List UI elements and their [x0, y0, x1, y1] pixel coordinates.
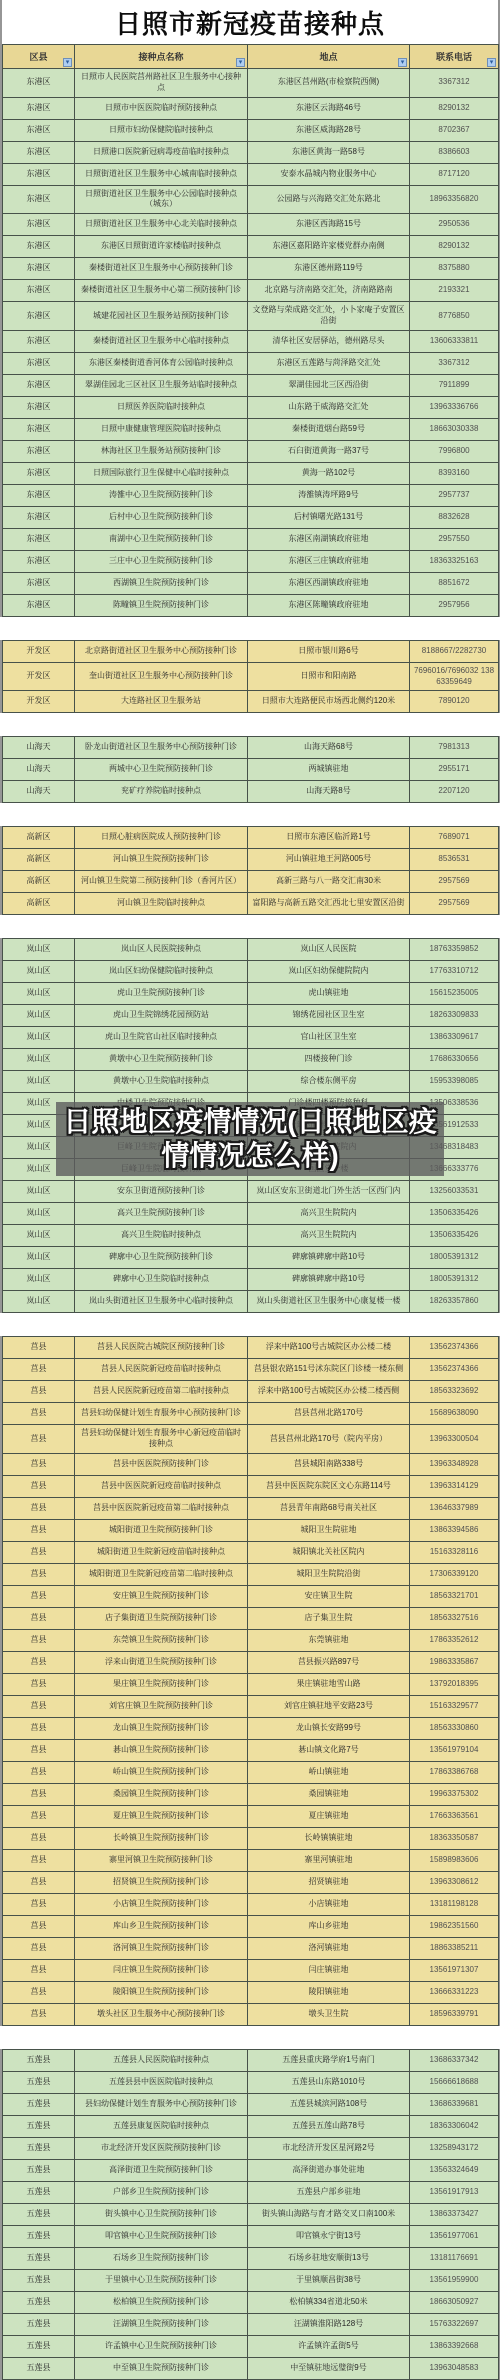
site-name-cell: 日照港口医院新冠病毒疫苗临时接种点	[75, 141, 248, 163]
table-row: 五莲县于里镇中心卫生院预防接种门诊于里镇顺昌街38号13561959900	[3, 2269, 499, 2291]
table-row: 东港区东港区秦楼街道香河体育公园临时接种点东港区五莲路与菏泽路交汇处336731…	[3, 352, 499, 374]
site-name-cell: 黄墩中心卫生院预防接种门诊	[75, 1049, 248, 1071]
phone-cell: 13963314129	[410, 1475, 499, 1497]
table-row: 东港区秦楼街道社区卫生服务中心临时接种点清华社区安居驿站，德州路尽头136063…	[3, 330, 499, 352]
table-row: 莒县城阳街道卫生院新冠疫苗第二临时接种点城阳卫生院院沿街17306339120	[3, 1563, 499, 1585]
address-cell: 五莲县重庆路学府1号南门	[248, 2049, 410, 2071]
district-cell: 五莲县	[3, 2291, 75, 2313]
header-phone: 联系电话▾	[410, 45, 499, 69]
district-cell: 东港区	[3, 506, 75, 528]
site-name-cell: 五莲县康复医院临时接种点	[75, 2115, 248, 2137]
phone-cell: 18563321701	[410, 1585, 499, 1607]
site-name-cell: 日照街道社区卫生服务中心城南临时接种点	[75, 163, 248, 185]
phone-cell: 7981313	[410, 737, 499, 759]
district-cell: 莒县	[3, 1673, 75, 1695]
site-name-cell: 后村中心卫生院预防接种门诊	[75, 506, 248, 528]
phone-cell: 13863394586	[410, 1519, 499, 1541]
district-cell: 莒县	[3, 1563, 75, 1585]
site-name-cell: 库山乡卫生院预防接种门诊	[75, 1915, 248, 1937]
district-cell: 开发区	[3, 662, 75, 691]
address-cell: 日照市东港区临沂路1号	[248, 827, 410, 849]
district-cell: 岚山区	[3, 1291, 75, 1313]
phone-cell: 13646337989	[410, 1497, 499, 1519]
table-row: 莒县安庄镇卫生院预防接种门诊安庄镇卫生院18563321701	[3, 1585, 499, 1607]
table-row: 东港区日照街道社区卫生服务中心城南临时接种点安泰水晶城内物业服务中心871712…	[3, 163, 499, 185]
table-row: 莒县莒县人民医院新冠疫苗第二临时接种点浮来中路100号古城院区办公楼二楼西侧18…	[3, 1381, 499, 1403]
site-name-cell: 东莞镇卫生院预防接种门诊	[75, 1629, 248, 1651]
phone-cell: 13963048583	[410, 2357, 499, 2379]
table-row: 莒县夏庄镇卫生院预防接种门诊夏庄镇驻地17663363561	[3, 1805, 499, 1827]
phone-cell: 8832628	[410, 506, 499, 528]
table-row: 岚山区碑廓中心卫生院预防接种门诊碑廓镇碑廓中路10号18005391312	[3, 1247, 499, 1269]
site-name-cell: 于里镇中心卫生院预防接种门诊	[75, 2269, 248, 2291]
phone-cell: 18563330860	[410, 1717, 499, 1739]
address-cell: 莒县中医医院东院区文心东路114号	[248, 1475, 410, 1497]
address-cell: 山东路于威海路交汇处	[248, 396, 410, 418]
phone-cell: 8702367	[410, 119, 499, 141]
header-label: 接种点名称	[138, 52, 183, 62]
page: 日照市新冠疫苗接种点 区县▾接种点名称▾地点▾联系电话▾东港区日照市人民医院莒州…	[0, 0, 500, 2380]
address-cell: 文登路与荣成路交汇处，小卜家庵子安置区沿街	[248, 302, 410, 331]
section-separator	[0, 617, 500, 640]
site-name-cell: 兖矿疗养院临时接种点	[75, 781, 248, 803]
district-cell: 东港区	[3, 141, 75, 163]
site-name-cell: 奎山街道社区卫生服务中心预防接种门诊	[75, 662, 248, 691]
table-row: 五莲县松柏镇卫生院预防接种门诊松柏镇334省道北50米18663050927	[3, 2291, 499, 2313]
site-name-cell: 日照市妇幼保健院临时接种点	[75, 119, 248, 141]
phone-cell: 13563324649	[410, 2159, 499, 2181]
site-name-cell: 三庄中心卫生院预防接种门诊	[75, 550, 248, 572]
district-cell: 莒县	[3, 1937, 75, 1959]
phone-cell: 13863392668	[410, 2335, 499, 2357]
table-row: 东港区城建花园社区卫生服务站预防接种门诊文登路与荣成路交汇处，小卜家庵子安置区沿…	[3, 302, 499, 331]
table-row: 莒县峤山镇卫生院预防接种门诊峤山镇驻地17863386768	[3, 1761, 499, 1783]
site-name-cell: 街头镇中心卫生院预防接种门诊	[75, 2203, 248, 2225]
filter-dropdown-icon[interactable]: ▾	[398, 58, 407, 67]
address-cell: 刘官庄镇驻地平安路23号	[248, 1695, 410, 1717]
header-site-name: 接种点名称▾	[75, 45, 248, 69]
address-cell: 东港区黄海一路58号	[248, 141, 410, 163]
phone-cell: 18596339791	[410, 2003, 499, 2025]
phone-cell: 18363306042	[410, 2115, 499, 2137]
phone-cell: 13506335426	[410, 1225, 499, 1247]
table-row: 莒县城阳街道卫生院预防接种门诊城阳卫生院驻地13863394586	[3, 1519, 499, 1541]
site-name-cell: 叩官镇中心卫生院预防接种门诊	[75, 2225, 248, 2247]
table-stack: 区县▾接种点名称▾地点▾联系电话▾东港区日照市人民医院莒州路社区卫生服务中心接种…	[0, 44, 500, 2380]
table-row: 莒县龙山镇卫生院预防接种门诊龙山镇长安路99号18563330860	[3, 1717, 499, 1739]
header-address: 地点▾	[248, 45, 410, 69]
table-row: 五莲县街头镇中心卫生院预防接种门诊街头镇山海路与育才路交叉口南100米13863…	[3, 2203, 499, 2225]
phone-cell: 18263309833	[410, 1005, 499, 1027]
site-name-cell: 长岭镇卫生院预防接种门诊	[75, 1827, 248, 1849]
phone-cell: 15163328116	[410, 1541, 499, 1563]
address-cell: 后村镇曙光路131号	[248, 506, 410, 528]
address-cell: 岚山区人民医院	[248, 939, 410, 961]
district-cell: 高新区	[3, 871, 75, 893]
district-cell: 莒县	[3, 1805, 75, 1827]
phone-cell: 15163329577	[410, 1695, 499, 1717]
header-row: 区县▾接种点名称▾地点▾联系电话▾	[3, 45, 499, 69]
phone-cell: 18363350587	[410, 1827, 499, 1849]
site-name-cell: 安庄镇卫生院预防接种门诊	[75, 1585, 248, 1607]
address-cell: 碑廓镇碑廓中路10号	[248, 1269, 410, 1291]
page-title: 日照市新冠疫苗接种点	[115, 4, 385, 41]
address-cell: 中至镇驻地远璧街9号	[248, 2357, 410, 2379]
table-row: 开发区奎山街道社区卫生服务中心预防接种门诊日照市和阳南路7696016/7696…	[3, 662, 499, 691]
phone-cell: 13561971307	[410, 1959, 499, 1981]
table-row: 开发区大连路社区卫生服务站日照市大连路便民市场西北侧约120米7890120	[3, 691, 499, 713]
address-cell: 五莲县户部乡驻地	[248, 2181, 410, 2203]
table-row: 山海天两城中心卫生院预防接种门诊两城镇驻地2955171	[3, 759, 499, 781]
district-cell: 东港区	[3, 185, 75, 214]
phone-cell: 13963336766	[410, 396, 499, 418]
phone-cell: 13562374366	[410, 1337, 499, 1359]
phone-cell: 8188667/2282730	[410, 640, 499, 662]
district-cell: 东港区	[3, 302, 75, 331]
district-cell: 东港区	[3, 119, 75, 141]
district-cell: 莒县	[3, 1381, 75, 1403]
header-label: 地点	[319, 52, 337, 62]
phone-cell: 19862351560	[410, 1915, 499, 1937]
phone-cell: 2957737	[410, 484, 499, 506]
table-row: 东港区日照市妇幼保健院临时接种点东港区威海路28号8702367	[3, 119, 499, 141]
address-cell: 五莲县五莲山路78号	[248, 2115, 410, 2137]
phone-cell: 15615235005	[410, 983, 499, 1005]
site-name-cell: 刘官庄镇卫生院预防接种门诊	[75, 1695, 248, 1717]
phone-cell: 13792018395	[410, 1673, 499, 1695]
address-cell: 东港区陈疃镇政府驻地	[248, 594, 410, 616]
site-name-cell: 秦楼街道社区卫生服务中心临时接种点	[75, 330, 248, 352]
vaccination-table-section: 开发区北京路街道社区卫生服务中心预防接种门诊日照市银川路6号8188667/22…	[2, 640, 499, 714]
phone-cell: 7996800	[410, 440, 499, 462]
site-name-cell: 日照街道社区卫生服务中心公园临时接种点（城东）	[75, 185, 248, 214]
phone-cell: 18005391312	[410, 1269, 499, 1291]
address-cell: 东港区西湖镇政府驻地	[248, 572, 410, 594]
site-name-cell: 碑廓中心卫生院临时接种点	[75, 1269, 248, 1291]
site-name-cell: 陵阳镇卫生院预防接种门诊	[75, 1981, 248, 2003]
table-row: 莒县莒县中医医院新冠疫苗第二临时接种点莒县青年南路68号南关社区13646337…	[3, 1497, 499, 1519]
site-name-cell: 莒县人民医院新冠疫苗临时接种点	[75, 1359, 248, 1381]
watermark-overlay: 日照地区疫情情况(日照地区疫情情况怎么样)	[56, 1102, 444, 1176]
table-row: 莒县招贤镇卫生院预防接种门诊招贤镇驻地13963308612	[3, 1871, 499, 1893]
table-row: 莒县店子集街道卫生院预防接种门诊店子集卫生院18563327516	[3, 1607, 499, 1629]
phone-cell: 8290132	[410, 236, 499, 258]
table-row: 岚山区黄墩中心卫生院临时接种点综合楼东侧平房15953398085	[3, 1071, 499, 1093]
filter-dropdown-icon[interactable]: ▾	[63, 58, 72, 67]
district-cell: 莒县	[3, 1959, 75, 1981]
site-name-cell: 店子集街道卫生院预防接种门诊	[75, 1607, 248, 1629]
site-name-cell: 南湖中心卫生院预防接种门诊	[75, 528, 248, 550]
site-name-cell: 日照市人民医院莒州路社区卫生服务中心接种点	[75, 69, 248, 98]
section-separator	[0, 915, 500, 938]
phone-cell: 18363325163	[410, 550, 499, 572]
district-cell: 东港区	[3, 352, 75, 374]
address-cell: 山海天路68号	[248, 737, 410, 759]
table-row: 东港区陈疃镇卫生院预防接种门诊东港区陈疃镇政府驻地2957956	[3, 594, 499, 616]
address-cell: 翠湖佳园北三区西沿街	[248, 374, 410, 396]
table-row: 东港区林海社区卫生服务站预防接种门诊石臼街道黄海一路37号7996800	[3, 440, 499, 462]
site-name-cell: 涛雒中心卫生院预防接种门诊	[75, 484, 248, 506]
table-row: 五莲县高泽街道卫生院预防接种门诊高泽街道办事处驻地13563324649	[3, 2159, 499, 2181]
phone-cell: 13963348928	[410, 1453, 499, 1475]
phone-cell: 13686337342	[410, 2049, 499, 2071]
filter-dropdown-icon[interactable]: ▾	[236, 58, 245, 67]
district-cell: 东港区	[3, 97, 75, 119]
table-row: 山海天兖矿疗养院临时接种点山海天路8号2207120	[3, 781, 499, 803]
district-cell: 岚山区	[3, 1181, 75, 1203]
phone-cell: 8375880	[410, 258, 499, 280]
site-name-cell: 浮来山街道卫生院预防接种门诊	[75, 1651, 248, 1673]
table-row: 岚山区岚山区妇幼保健院临时接种点岚山区妇幼保健院院内17763310712	[3, 961, 499, 983]
table-row: 岚山区岚山头街道社区卫生服务中心临时接种点岚山头街道社区卫生服务中心康复楼一楼1…	[3, 1291, 499, 1313]
section-separator	[0, 1313, 500, 1336]
site-name-cell: 陈疃镇卫生院预防接种门诊	[75, 594, 248, 616]
site-name-cell: 松柏镇卫生院预防接种门诊	[75, 2291, 248, 2313]
phone-cell: 17663363561	[410, 1805, 499, 1827]
table-row: 山海天卧龙山街道社区卫生服务中心预防接种门诊山海天路68号7981313	[3, 737, 499, 759]
district-cell: 山海天	[3, 781, 75, 803]
site-name-cell: 五莲县县中医医院临时接种点	[75, 2071, 248, 2093]
district-cell: 五莲县	[3, 2335, 75, 2357]
district-cell: 东港区	[3, 236, 75, 258]
phone-cell: 2957956	[410, 594, 499, 616]
district-cell: 东港区	[3, 594, 75, 616]
address-cell: 岚山区妇幼保健院院内	[248, 961, 410, 983]
phone-cell: 2950536	[410, 214, 499, 236]
phone-cell: 19963375302	[410, 1783, 499, 1805]
table-row: 莒县果庄镇卫生院预防接种门诊果庄镇驻地雪山路13792018395	[3, 1673, 499, 1695]
table-row: 莒县墩头社区卫生服务中心预防接种门诊墩头卫生院18596339791	[3, 2003, 499, 2025]
table-row: 莒县东莞镇卫生院预防接种门诊东莞镇驻地17863352612	[3, 1629, 499, 1651]
address-cell: 综合楼东侧平房	[248, 1071, 410, 1093]
phone-cell: 8393160	[410, 462, 499, 484]
table-row: 东港区日照国际旅行卫生保健中心临时接种点黄海一路102号8393160	[3, 462, 499, 484]
district-cell: 莒县	[3, 1629, 75, 1651]
address-cell: 锦绣花园社区卫生室	[248, 1005, 410, 1027]
address-cell: 涛雒镇涛坪路9号	[248, 484, 410, 506]
district-cell: 五莲县	[3, 2357, 75, 2379]
address-cell: 五莲县城滨河路108号	[248, 2093, 410, 2115]
site-name-cell: 安东卫街道预防接种门诊	[75, 1181, 248, 1203]
phone-cell: 13863373427	[410, 2203, 499, 2225]
address-cell: 招贤镇驻地	[248, 1871, 410, 1893]
phone-cell: 13181176691	[410, 2247, 499, 2269]
table-row: 五莲县汪湖镇卫生院预防接种门诊汪湖镇淮阳路128号15763322697	[3, 2313, 499, 2335]
site-name-cell: 城阳街道卫生院新冠疫苗临时接种点	[75, 1541, 248, 1563]
address-cell: 市北经济开发区星河路2号	[248, 2137, 410, 2159]
address-cell: 山海天路8号	[248, 781, 410, 803]
address-cell: 北京路与济南路交汇处，济南路路南	[248, 280, 410, 302]
table-row: 莒县城阳街道卫生院新冠疫苗临时接种点城阳镇北关社区院内15163328116	[3, 1541, 499, 1563]
phone-cell: 2957550	[410, 528, 499, 550]
phone-cell: 13506335426	[410, 1203, 499, 1225]
site-name-cell: 秦楼街道社区卫生服务中心第二预防接种门诊	[75, 280, 248, 302]
address-cell: 陵阳镇驻地	[248, 1981, 410, 2003]
table-row: 东港区涛雒中心卫生院预防接种门诊涛雒镇涛坪路9号2957737	[3, 484, 499, 506]
site-name-cell: 秦楼街道社区卫生服务中心预防接种门诊	[75, 258, 248, 280]
site-name-cell: 林海社区卫生服务站预防接种门诊	[75, 440, 248, 462]
site-name-cell: 岚山区人民医院接种点	[75, 939, 248, 961]
address-cell: 汪湖镇淮阳路128号	[248, 2313, 410, 2335]
table-row: 开发区北京路街道社区卫生服务中心预防接种门诊日照市银川路6号8188667/22…	[3, 640, 499, 662]
district-cell: 东港区	[3, 280, 75, 302]
address-cell: 日照市银川路6号	[248, 640, 410, 662]
phone-cell: 18963356820	[410, 185, 499, 214]
header-label: 联系电话	[436, 52, 472, 62]
district-cell: 五莲县	[3, 2269, 75, 2291]
address-cell: 岚山区安东卫街道北门外生活一区西门内	[248, 1181, 410, 1203]
site-name-cell: 莒县妇幼保健计划生育服务中心预防接种门诊	[75, 1403, 248, 1425]
site-name-cell: 石场乡卫生院预防接种门诊	[75, 2247, 248, 2269]
table-row: 岚山区虎山卫生院锦绣花园预防站锦绣花园社区卫生室18263309833	[3, 1005, 499, 1027]
site-name-cell: 莒县人民医院新冠疫苗第二临时接种点	[75, 1381, 248, 1403]
table-row: 莒县莒县中医医院新冠疫苗临时接种点莒县中医医院东院区文心东路114号139633…	[3, 1475, 499, 1497]
section-separator	[0, 2026, 500, 2049]
phone-cell: 8290132	[410, 97, 499, 119]
district-cell: 东港区	[3, 484, 75, 506]
address-cell: 五莲县山东路1010号	[248, 2071, 410, 2093]
phone-cell: 15666618688	[410, 2071, 499, 2093]
phone-cell: 2193321	[410, 280, 499, 302]
phone-cell: 18663050927	[410, 2291, 499, 2313]
address-cell: 许孟镇许孟街5号	[248, 2335, 410, 2357]
phone-cell: 8717120	[410, 163, 499, 185]
address-cell: 公园路与兴海路交汇处东路北	[248, 185, 410, 214]
site-name-cell: 峤山镇卫生院预防接种门诊	[75, 1761, 248, 1783]
address-cell: 东港区西海路15号	[248, 214, 410, 236]
address-cell: 高新三路与八一路交汇南30米	[248, 871, 410, 893]
filter-dropdown-icon[interactable]: ▾	[487, 58, 496, 67]
site-name-cell: 洛河镇卫生院预防接种门诊	[75, 1937, 248, 1959]
table-row: 莒县莒县人民医院新冠疫苗临时接种点莒县银农路151号沭东院区门诊楼一楼东侧135…	[3, 1359, 499, 1381]
site-name-cell: 城建花园社区卫生服务站预防接种门诊	[75, 302, 248, 331]
phone-cell: 17306339120	[410, 1563, 499, 1585]
district-cell: 莒县	[3, 1359, 75, 1381]
district-cell: 五莲县	[3, 2203, 75, 2225]
phone-cell: 2207120	[410, 781, 499, 803]
site-name-cell: 两城中心卫生院预防接种门诊	[75, 759, 248, 781]
site-name-cell: 五莲县人民医院临时接种点	[75, 2049, 248, 2071]
district-cell: 莒县	[3, 1453, 75, 1475]
district-cell: 莒县	[3, 1607, 75, 1629]
district-cell: 开发区	[3, 640, 75, 662]
district-cell: 高新区	[3, 827, 75, 849]
table-row: 莒县小店镇卫生院预防接种门诊小店镇驻地13181198128	[3, 1893, 499, 1915]
address-cell: 高泽街道办事处驻地	[248, 2159, 410, 2181]
site-name-cell: 龙山镇卫生院预防接种门诊	[75, 1717, 248, 1739]
vaccination-table-section: 高新区日照心脏病医院成人预防接种门诊日照市东港区临沂路1号7689071高新区河…	[2, 826, 499, 915]
address-cell: 官山社区卫生室	[248, 1027, 410, 1049]
address-cell: 小店镇驻地	[248, 1893, 410, 1915]
table-row: 五莲县叩官镇中心卫生院预防接种门诊叩官镇永宁街13号13561977061	[3, 2225, 499, 2247]
table-row: 东港区日照中康健康管理医院临时接种点秦楼街道烟台路59号18663030338	[3, 418, 499, 440]
address-cell: 洛河镇驻地	[248, 1937, 410, 1959]
phone-cell: 18663030338	[410, 418, 499, 440]
phone-cell: 7890120	[410, 691, 499, 713]
site-name-cell: 莒县中医医院预防接种门诊	[75, 1453, 248, 1475]
site-name-cell: 河山镇卫生院临时接种点	[75, 893, 248, 915]
table-row: 莒县陵阳镇卫生院预防接种门诊陵阳镇驻地13666331223	[3, 1981, 499, 2003]
table-row: 莒县莒县妇幼保健计划生育服务中心预防接种门诊莒县莒州北路170号15689638…	[3, 1403, 499, 1425]
phone-cell: 15763322697	[410, 2313, 499, 2335]
address-cell: 石臼街道黄海一路37号	[248, 440, 410, 462]
site-name-cell: 东港区日照街道许家楼临时接种点	[75, 236, 248, 258]
address-cell: 岚山头街道社区卫生服务中心康复楼一楼	[248, 1291, 410, 1313]
address-cell: 东港区嘉阳路许家楼党群办南侧	[248, 236, 410, 258]
address-cell: 果庄镇驻地雪山路	[248, 1673, 410, 1695]
phone-cell: 13258943172	[410, 2137, 499, 2159]
address-cell: 闫庄镇驻地	[248, 1959, 410, 1981]
address-cell: 碑廓镇碑廓中路10号	[248, 1247, 410, 1269]
table-row: 东港区西湖镇卫生院预防接种门诊东港区西湖镇政府驻地8851672	[3, 572, 499, 594]
site-name-cell: 许孟镇中心卫生院预防接种门诊	[75, 2335, 248, 2357]
table-row: 五莲县县妇幼保健计划生育服务中心预防接种门诊五莲县城滨河路108号1368633…	[3, 2093, 499, 2115]
address-cell: 两城镇驻地	[248, 759, 410, 781]
table-row: 五莲县许孟镇中心卫生院预防接种门诊许孟镇许孟街5号13863392668	[3, 2335, 499, 2357]
table-row: 莒县莒县中医医院预防接种门诊莒县城阳南路338号13963348928	[3, 1453, 499, 1475]
site-name-cell: 东港区秦楼街道香河体育公园临时接种点	[75, 352, 248, 374]
district-cell: 岚山区	[3, 1225, 75, 1247]
district-cell: 东港区	[3, 528, 75, 550]
table-row: 东港区日照街道社区卫生服务中心公园临时接种点（城东）公园路与兴海路交汇处东路北1…	[3, 185, 499, 214]
title-bar: 日照市新冠疫苗接种点	[2, 0, 498, 44]
site-name-cell: 虎山卫生院锦绣花园预防站	[75, 1005, 248, 1027]
phone-cell: 13963300504	[410, 1425, 499, 1454]
district-cell: 莒县	[3, 1541, 75, 1563]
district-cell: 莒县	[3, 1519, 75, 1541]
site-name-cell: 日照街道社区卫生服务中心北关临时接种点	[75, 214, 248, 236]
site-name-cell: 墩头社区卫生服务中心预防接种门诊	[75, 2003, 248, 2025]
district-cell: 莒县	[3, 1739, 75, 1761]
phone-cell: 15953398085	[410, 1071, 499, 1093]
district-cell: 山海天	[3, 737, 75, 759]
table-row: 莒县浮来山街道卫生院预防接种门诊莒县振兴路897号19863335867	[3, 1651, 499, 1673]
site-name-cell: 夏庄镇卫生院预防接种门诊	[75, 1805, 248, 1827]
address-cell: 日照市和阳南路	[248, 662, 410, 691]
table-row: 莒县寨里河镇卫生院预防接种门诊寨里河镇驻地15898983606	[3, 1849, 499, 1871]
site-name-cell: 高兴卫生院预防接种门诊	[75, 1203, 248, 1225]
district-cell: 东港区	[3, 572, 75, 594]
phone-cell: 13256033531	[410, 1181, 499, 1203]
phone-cell: 13562374366	[410, 1359, 499, 1381]
table-row: 五莲县五莲县人民医院临时接种点五莲县重庆路学府1号南门13686337342	[3, 2049, 499, 2071]
address-cell: 富阳路与高新五路交汇西北七里安置区沿街	[248, 893, 410, 915]
site-name-cell: 碑廓中心卫生院预防接种门诊	[75, 1247, 248, 1269]
table-row: 五莲县市北经济开发区医院预防接种门诊市北经济开发区星河路2号1325894317…	[3, 2137, 499, 2159]
district-cell: 莒县	[3, 1425, 75, 1454]
district-cell: 莒县	[3, 1761, 75, 1783]
site-name-cell: 日照医养医院临时接种点	[75, 396, 248, 418]
table-row: 东港区翠湖佳园北三区社区卫生服务站临时接种点翠湖佳园北三区西沿街7911899	[3, 374, 499, 396]
address-cell: 四楼接种门诊	[248, 1049, 410, 1071]
phone-cell: 7911899	[410, 374, 499, 396]
address-cell: 东港区三庄镇政府驻地	[248, 550, 410, 572]
table-row: 东港区南湖中心卫生院预防接种门诊东港区南湖镇政府驻地2957550	[3, 528, 499, 550]
district-cell: 东港区	[3, 418, 75, 440]
table-row: 岚山区虎山卫生院预防接种门诊虎山镇驻地15615235005	[3, 983, 499, 1005]
district-cell: 东港区	[3, 550, 75, 572]
table-row: 莒县洛河镇卫生院预防接种门诊洛河镇驻地18863385211	[3, 1937, 499, 1959]
site-name-cell: 北京路街道社区卫生服务中心预防接种门诊	[75, 640, 248, 662]
site-name-cell: 莒县中医医院新冠疫苗临时接种点	[75, 1475, 248, 1497]
site-name-cell: 市北经济开发区医院预防接种门诊	[75, 2137, 248, 2159]
site-name-cell: 日照国际旅行卫生保健中心临时接种点	[75, 462, 248, 484]
address-cell: 街头镇山海路与育才路交叉口南100米	[248, 2203, 410, 2225]
address-cell: 东港区五莲路与菏泽路交汇处	[248, 352, 410, 374]
section-separator	[0, 713, 500, 736]
site-name-cell: 招贤镇卫生院预防接种门诊	[75, 1871, 248, 1893]
phone-cell: 8851672	[410, 572, 499, 594]
